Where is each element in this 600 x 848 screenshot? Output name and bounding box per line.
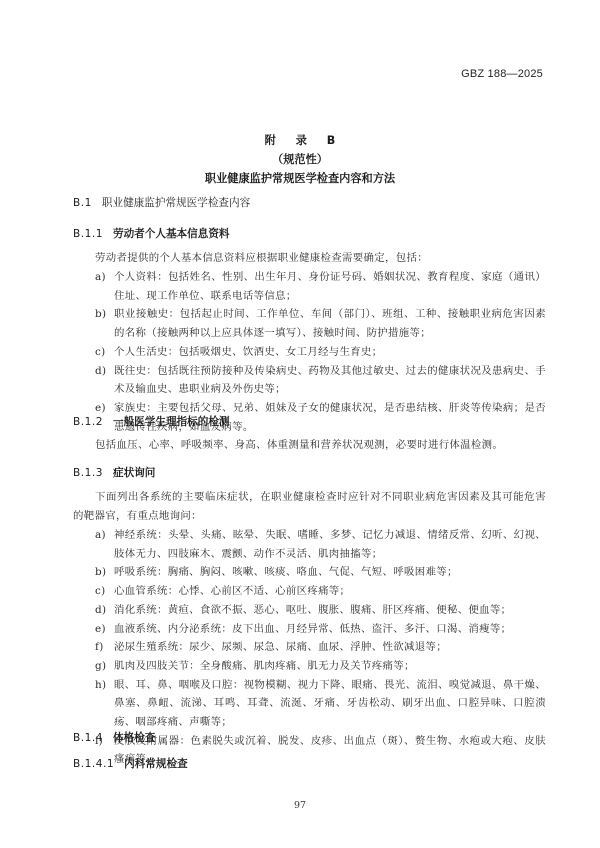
annex-title: 职业健康监护常规医学检查内容和方法: [0, 169, 600, 188]
section-title: 一般医学生理指标的检测: [113, 416, 230, 428]
section-heading-b1-2: B.1.2一般医学生理指标的检测: [73, 414, 230, 429]
list-item: f)泌尿生殖系统：尿少、尿频、尿急、尿痛、血尿、浮肿、性欲减退等；: [95, 638, 546, 657]
annex-label: 附 录 B: [0, 131, 600, 150]
section-title: 劳动者个人基本信息资料: [113, 228, 230, 240]
list-item: b)职业接触史：包括起止时间、工作单位、车间（部门）、班组、工种、接触职业病危害…: [95, 305, 546, 342]
list-item-text: 神经系统：头晕、头痛、眩晕、失眠、嗜睡、多梦、记忆力减退、情绪反常、幻听、幻视、…: [114, 526, 546, 563]
annex-nature: （规范性）: [0, 150, 600, 169]
paragraph-b1-2: 包括血压、心率、呼吸频率、身高、体重测量和营养状况观测，必要时进行体温检测。: [73, 436, 546, 455]
list-item-label: c): [95, 343, 114, 362]
list-item-text: 个人资料：包括姓名、性别、出生年月、身份证号码、婚姻状况、教育程度、家庭（通讯）…: [114, 268, 546, 305]
list-item: d)消化系统：黄疸、食欲不振、恶心、呕吐、腹胀、腹痛、肝区疼痛、便秘、便血等；: [95, 601, 546, 620]
list-item-label: b): [95, 305, 114, 342]
section-number: B.1.4: [73, 732, 103, 744]
section-heading-b1: B.1职业健康监护常规医学检查内容: [73, 195, 250, 210]
list-item: e)血液系统、内分泌系统：皮下出血、月经异常、低热、盗汗、多汗、口渴、消瘦等；: [95, 620, 546, 639]
list-item-text: 泌尿生殖系统：尿少、尿频、尿急、尿痛、血尿、浮肿、性欲减退等；: [114, 638, 546, 657]
list-item: d)既往史：包括既往预防接种及传染病史、药物及其他过敏史、过去的健康状况及患病史…: [95, 362, 546, 399]
list-item-text: 呼吸系统：胸痛、胸闷、咳嗽、咳痰、咯血、气促、气短、呼吸困难等；: [114, 563, 546, 582]
list-item-label: a): [95, 526, 114, 563]
section-number: B.1.3: [73, 467, 103, 479]
list-item-label: d): [95, 362, 114, 399]
list-item-label: e): [95, 620, 114, 639]
list-item-label: b): [95, 563, 114, 582]
list-item-text: 个人生活史：包括吸烟史、饮酒史、女工月经与生育史；: [114, 343, 546, 362]
list-item-text: 既往史：包括既往预防接种及传染病史、药物及其他过敏史、过去的健康状况及患病史、手…: [114, 362, 546, 399]
list-item: b)呼吸系统：胸痛、胸闷、咳嗽、咳痰、咯血、气促、气短、呼吸困难等；: [95, 563, 546, 582]
list-item-label: a): [95, 268, 114, 305]
list-item-text: 心血管系统：心悸、心前区不适、心前区疼痛等；: [114, 582, 546, 601]
list-b1-3: a)神经系统：头晕、头痛、眩晕、失眠、嗜睡、多梦、记忆力减退、情绪反常、幻听、幻…: [95, 526, 546, 769]
section-title: 体格检查: [113, 732, 155, 744]
list-item: h)眼、耳、鼻、咽喉及口腔：视物模糊、视力下降、眼痛、畏光、流泪、嗅觉减退、鼻干…: [95, 676, 546, 732]
section-heading-b1-3: B.1.3症状询问: [73, 465, 155, 480]
list-item: c)个人生活史：包括吸烟史、饮酒史、女工月经与生育史；: [95, 343, 546, 362]
list-item: a)个人资料：包括姓名、性别、出生年月、身份证号码、婚姻状况、教育程度、家庭（通…: [95, 268, 546, 305]
section-number: B.1.2: [73, 416, 103, 428]
list-item-text: 血液系统、内分泌系统：皮下出血、月经异常、低热、盗汗、多汗、口渴、消瘦等；: [114, 620, 546, 639]
list-item-label: f): [95, 638, 114, 657]
section-heading-b1-4: B.1.4体格检查: [73, 730, 155, 745]
section-title: 职业健康监护常规医学检查内容: [102, 197, 250, 209]
section-number: B.1.1: [73, 228, 103, 240]
section-number: B.1: [73, 197, 92, 209]
section-heading-b1-4-1: B.1.4.1内科常规检查: [73, 756, 188, 771]
list-item: a)神经系统：头晕、头痛、眩晕、失眠、嗜睡、多梦、记忆力减退、情绪反常、幻听、幻…: [95, 526, 546, 563]
list-item-label: h): [95, 676, 114, 732]
list-item-label: d): [95, 601, 114, 620]
list-item-label: c): [95, 582, 114, 601]
list-b1-1: a)个人资料：包括姓名、性别、出生年月、身份证号码、婚姻状况、教育程度、家庭（通…: [95, 268, 546, 436]
paragraph-b1-1-intro: 劳动者提供的个人基本信息资料应根据职业健康检查需要确定，包括：: [73, 249, 546, 268]
list-item-text: 眼、耳、鼻、咽喉及口腔：视物模糊、视力下降、眼痛、畏光、流泪、嗅觉减退、鼻干燥、…: [114, 676, 546, 732]
section-number: B.1.4.1: [73, 758, 114, 770]
section-heading-b1-1: B.1.1劳动者个人基本信息资料: [73, 226, 230, 241]
list-item-text: 消化系统：黄疸、食欲不振、恶心、呕吐、腹胀、腹痛、肝区疼痛、便秘、便血等；: [114, 601, 546, 620]
annex-title-block: 附 录 B （规范性） 职业健康监护常规医学检查内容和方法: [0, 131, 600, 188]
list-item-label: g): [95, 657, 114, 676]
paragraph-b1-3-intro: 下面列出各系统的主要临床症状，在职业健康检查时应针对不同职业病危害因素及其可能危…: [73, 488, 546, 525]
standard-number: GBZ 188—2025: [461, 68, 543, 80]
section-title: 症状询问: [113, 467, 155, 479]
list-item: g)肌肉及四肢关节：全身酸痛、肌肉疼痛、肌无力及关节疼痛等；: [95, 657, 546, 676]
section-title: 内科常规检查: [124, 758, 188, 770]
list-item-text: 职业接触史：包括起止时间、工作单位、车间（部门）、班组、工种、接触职业病危害因素…: [114, 305, 546, 342]
list-item: c)心血管系统：心悸、心前区不适、心前区疼痛等；: [95, 582, 546, 601]
list-item-text: 肌肉及四肢关节：全身酸痛、肌肉疼痛、肌无力及关节疼痛等；: [114, 657, 546, 676]
page-number: 97: [0, 800, 600, 811]
